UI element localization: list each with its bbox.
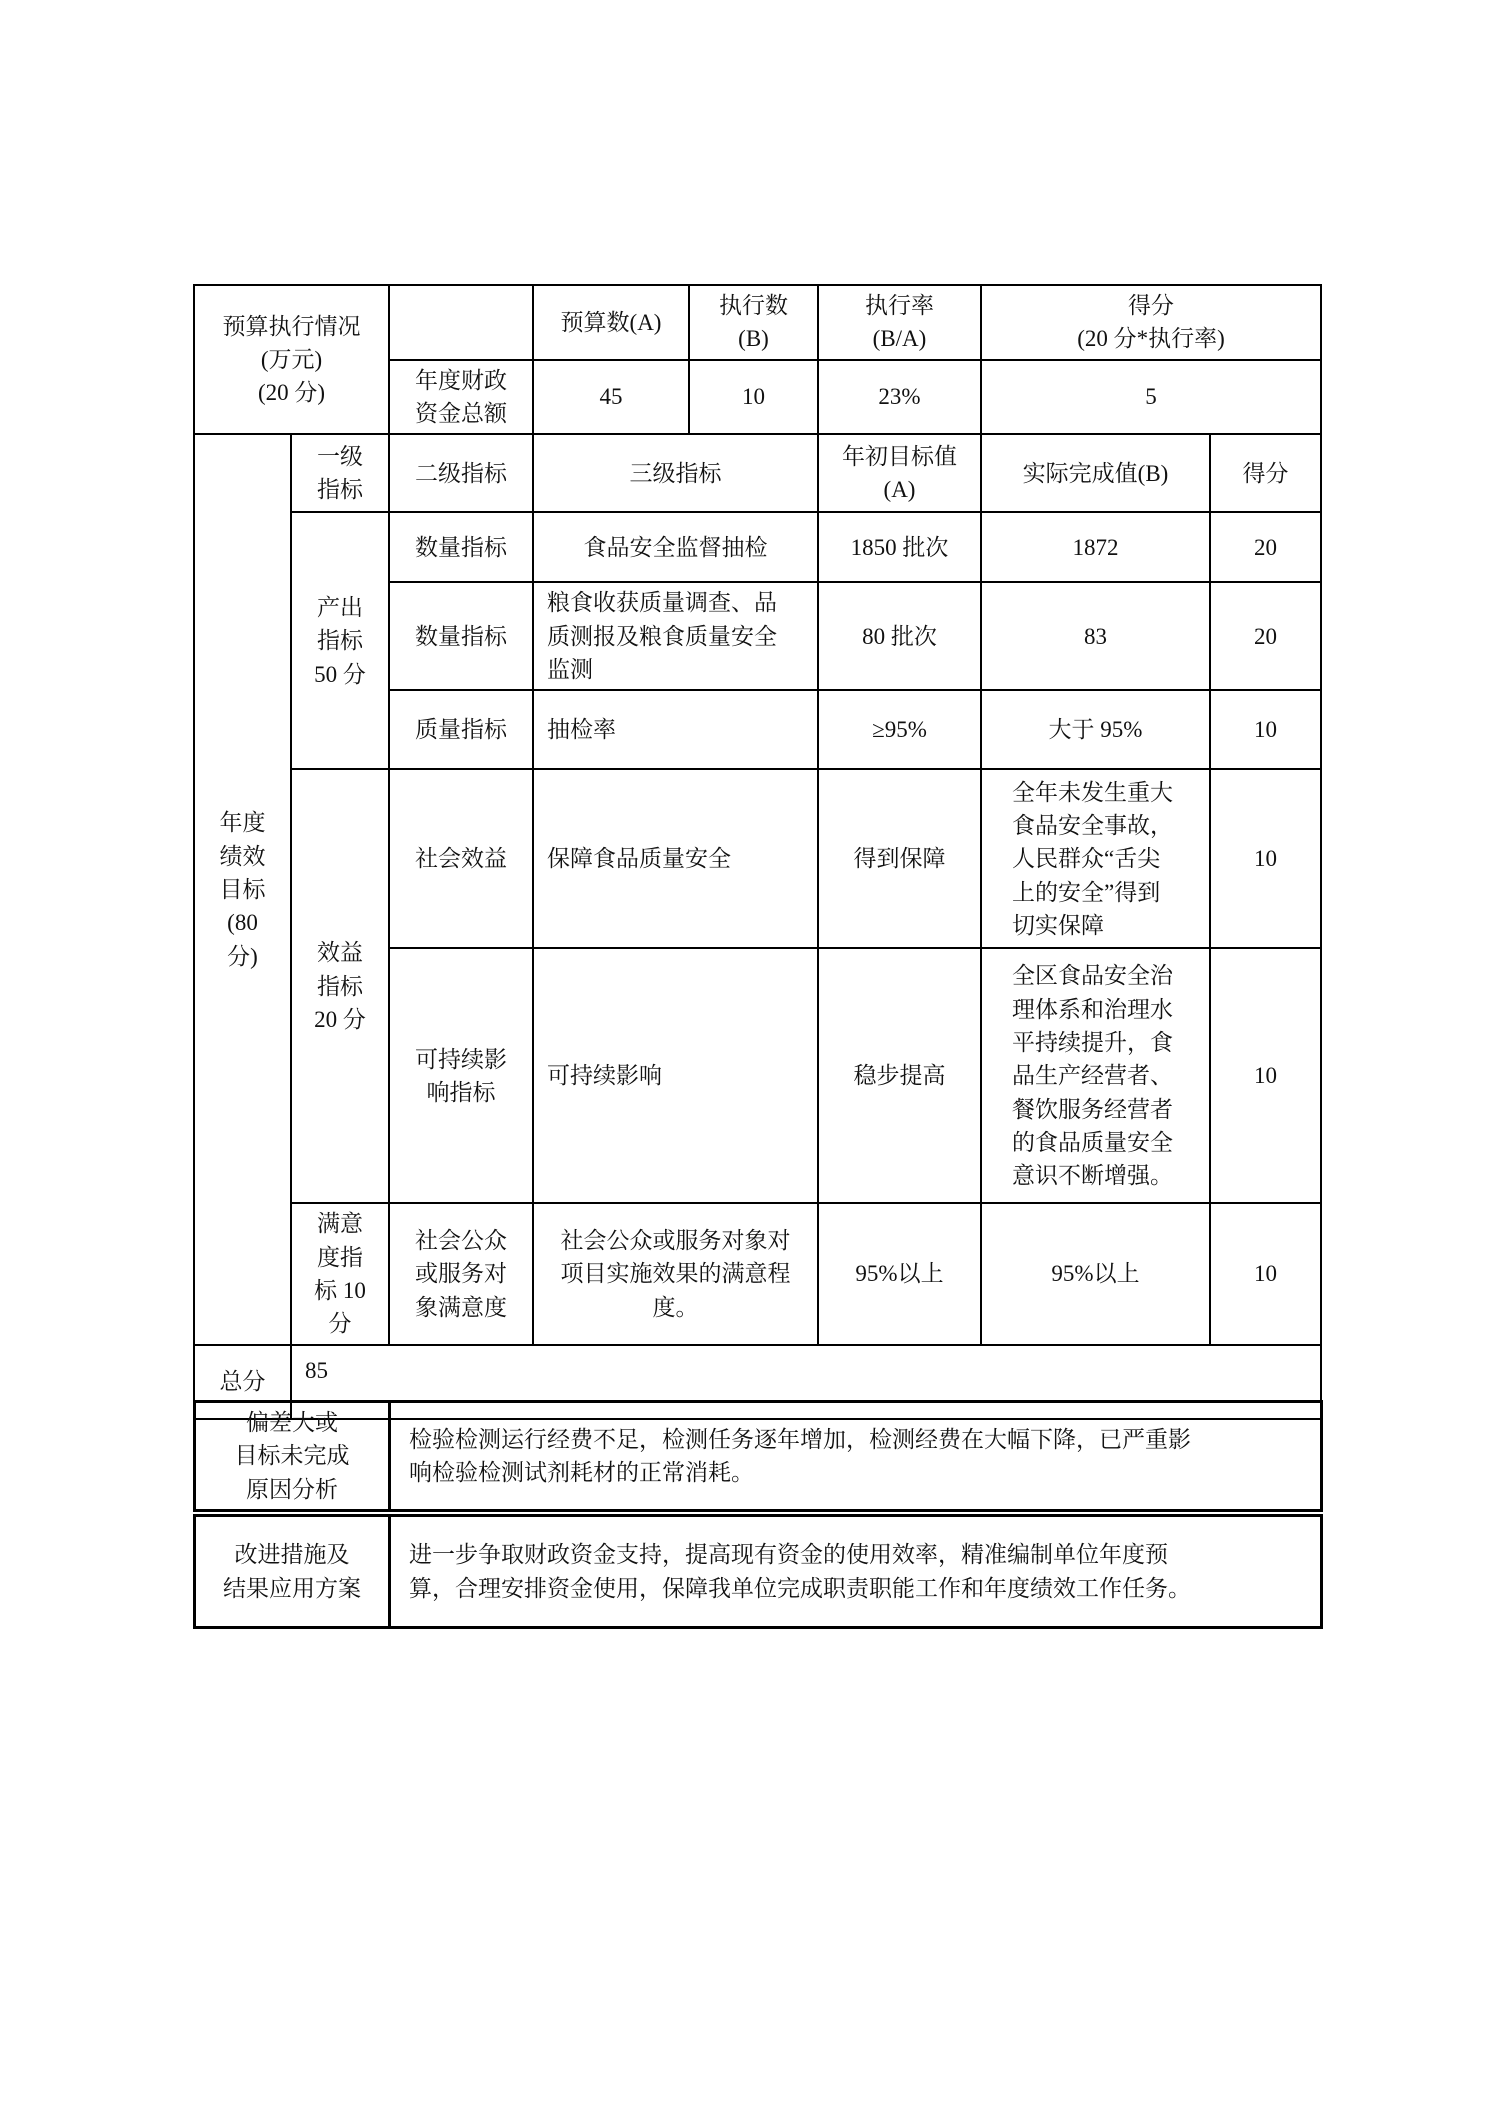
level1-indicator-header: 一级 指标 — [291, 434, 389, 512]
level2-indicator-header: 二级指标 — [389, 434, 533, 512]
indicator-row-6: 满意 度指 标 10 分 社会公众 或服务对 象满意度 社会公众或服务对象对 项… — [194, 1203, 1321, 1344]
actual-cell: 全年未发生重大 食品安全事故， 人民群众“舌尖 上的安全”得到 切实保障 — [981, 769, 1210, 948]
annual-performance-goal-label: 年度 绩效 目标 (80 分) — [194, 434, 291, 1344]
target-cell: 得到保障 — [818, 769, 981, 948]
level2-cell: 社会公众 或服务对 象满意度 — [389, 1203, 533, 1344]
score-header: 得分 — [1210, 434, 1321, 512]
target-cell: 稳步提高 — [818, 948, 981, 1203]
level3-cell: 粮食收获质量调查、品 质测报及粮食质量安全 监测 — [533, 582, 818, 690]
execution-rate-value: 23% — [818, 360, 981, 435]
level2-cell: 可持续影 响指标 — [389, 948, 533, 1203]
performance-evaluation-table: 预算执行情况 (万元) (20 分) 预算数(A) 执行数 (B) 执行率 (B… — [193, 284, 1322, 1420]
budget-score-header: 得分 (20 分*执行率) — [981, 285, 1321, 360]
level2-cell: 质量指标 — [389, 690, 533, 769]
indicator-row-1: 产出 指标 50 分 数量指标 食品安全监督抽检 1850 批次 1872 20 — [194, 512, 1321, 582]
level2-cell: 社会效益 — [389, 769, 533, 948]
benefit-indicator-group-label: 效益 指标 20 分 — [291, 769, 389, 1203]
output-indicator-group-label: 产出 指标 50 分 — [291, 512, 389, 769]
actual-cell: 95%以上 — [981, 1203, 1210, 1344]
level2-cell: 数量指标 — [389, 512, 533, 582]
budget-amount-value: 45 — [533, 360, 689, 435]
target-value-header: 年初目标值 (A) — [818, 434, 981, 512]
annual-funds-label: 年度财政 资金总额 — [389, 360, 533, 435]
improvement-content: 进一步争取财政资金支持，提高现有资金的使用效率，精准编制单位年度预 算，合理安排… — [390, 1516, 1322, 1628]
target-cell: 80 批次 — [818, 582, 981, 690]
level2-cell: 数量指标 — [389, 582, 533, 690]
score-cell: 20 — [1210, 512, 1321, 582]
deviation-content: 检验检测运行经费不足，检测任务逐年增加，检测经费在大幅下降，已严重影 响检验检测… — [390, 1402, 1322, 1511]
level3-cell: 可持续影响 — [533, 948, 818, 1203]
indicator-header-row: 年度 绩效 目标 (80 分) 一级 指标 二级指标 三级指标 年初目标值 (A… — [194, 434, 1321, 512]
actual-cell: 全区食品安全治 理体系和治理水 平持续提升，食 品生产经营者、 餐饮服务经营者 … — [981, 948, 1210, 1203]
score-cell: 10 — [1210, 948, 1321, 1203]
target-cell: 1850 批次 — [818, 512, 981, 582]
improvement-label: 改进措施及 结果应用方案 — [195, 1516, 390, 1628]
target-cell: ≥95% — [818, 690, 981, 769]
actual-cell: 83 — [981, 582, 1210, 690]
budget-amount-header: 预算数(A) — [533, 285, 689, 360]
budget-blank-cell — [389, 285, 533, 360]
score-cell: 10 — [1210, 769, 1321, 948]
score-cell: 20 — [1210, 582, 1321, 690]
actual-cell: 1872 — [981, 512, 1210, 582]
deviation-label: 偏差大或 目标未完成 原因分析 — [195, 1402, 390, 1511]
deviation-row: 偏差大或 目标未完成 原因分析 检验检测运行经费不足，检测任务逐年增加，检测经费… — [195, 1402, 1322, 1511]
deviation-analysis-block: 偏差大或 目标未完成 原因分析 检验检测运行经费不足，检测任务逐年增加，检测经费… — [193, 1400, 1323, 1512]
level3-cell: 社会公众或服务对象对 项目实施效果的满意程 度。 — [533, 1203, 818, 1344]
document-page: 预算执行情况 (万元) (20 分) 预算数(A) 执行数 (B) 执行率 (B… — [0, 0, 1486, 2103]
level3-cell: 食品安全监督抽检 — [533, 512, 818, 582]
score-cell: 10 — [1210, 690, 1321, 769]
actual-cell: 大于 95% — [981, 690, 1210, 769]
improvement-measures-block: 改进措施及 结果应用方案 进一步争取财政资金支持，提高现有资金的使用效率，精准编… — [193, 1514, 1323, 1629]
actual-value-header: 实际完成值(B) — [981, 434, 1210, 512]
satisfaction-indicator-group-label: 满意 度指 标 10 分 — [291, 1203, 389, 1344]
budget-section-label: 预算执行情况 (万元) (20 分) — [194, 285, 389, 434]
budget-score-value: 5 — [981, 360, 1321, 435]
score-cell: 10 — [1210, 1203, 1321, 1344]
executed-amount-value: 10 — [689, 360, 818, 435]
indicator-row-4: 效益 指标 20 分 社会效益 保障食品质量安全 得到保障 全年未发生重大 食品… — [194, 769, 1321, 948]
executed-amount-header: 执行数 (B) — [689, 285, 818, 360]
budget-header-row: 预算执行情况 (万元) (20 分) 预算数(A) 执行数 (B) 执行率 (B… — [194, 285, 1321, 360]
execution-rate-header: 执行率 (B/A) — [818, 285, 981, 360]
level3-cell: 抽检率 — [533, 690, 818, 769]
improvement-row: 改进措施及 结果应用方案 进一步争取财政资金支持，提高现有资金的使用效率，精准编… — [195, 1516, 1322, 1628]
level3-indicator-header: 三级指标 — [533, 434, 818, 512]
level3-cell: 保障食品质量安全 — [533, 769, 818, 948]
target-cell: 95%以上 — [818, 1203, 981, 1344]
